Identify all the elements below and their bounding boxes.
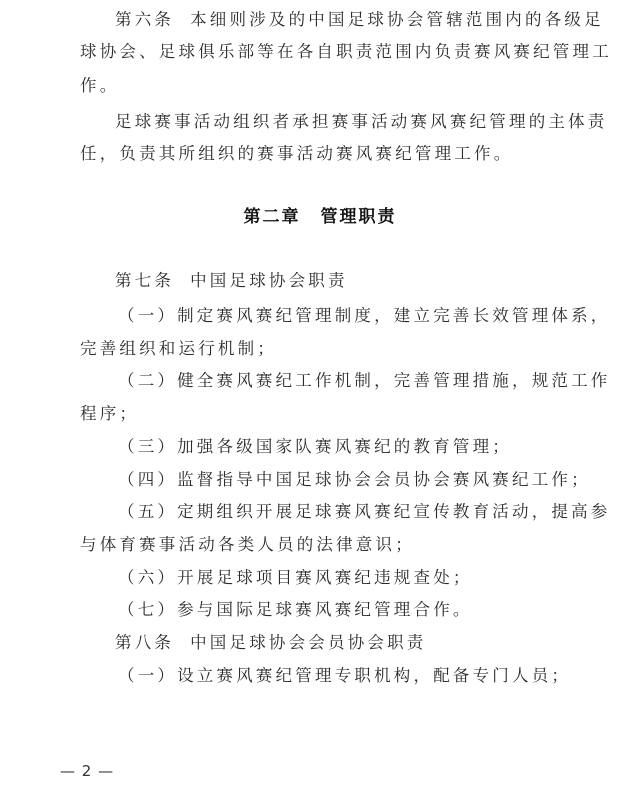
chapter-title: 管理职责 (321, 207, 397, 227)
article-6-line-3: 作。 (80, 76, 119, 96)
article-7-item-1-line-2: 完善组织和运行机制； (80, 339, 277, 359)
article-6-para2-line-2: 任，负责其所组织的赛事活动赛风赛纪管理工作。 (80, 144, 513, 164)
article-6-para2-line-1: 足球赛事活动组织者承担赛事活动赛风赛纪管理的主体责 (115, 112, 608, 132)
article-6-line-1: 第六条本细则涉及的中国足球协会管辖范围内的各级足 (115, 10, 604, 30)
article-7-item-7: （七）参与国际足球赛风赛纪管理合作。 (118, 600, 473, 620)
article-7-heading: 第七条中国足球协会职责 (115, 271, 348, 291)
article-7-item-1-line-1: （一）制定赛风赛纪管理制度，建立完善长效管理体系， (118, 306, 611, 326)
article-7-item-5-line-1: （五）定期组织开展足球赛风赛纪宣传教育活动，提高参 (118, 502, 611, 522)
article-6-line-2: 球协会、足球俱乐部等在各自职责范围内负责赛风赛纪管理工 (80, 42, 612, 62)
article-7-item-3: （三）加强各级国家队赛风赛纪的教育管理； (118, 437, 512, 457)
article-8-label: 第八条 (115, 633, 174, 652)
article-7-item-5-line-2: 与体育赛事活动各类人员的法律意识； (80, 535, 415, 555)
article-8-title: 中国足球协会会员协会职责 (190, 633, 426, 652)
article-6-text-1: 本细则涉及的中国足球协会管辖范围内的各级足 (190, 10, 604, 29)
article-7-item-4: （四）监督指导中国足球协会会员协会赛风赛纪工作； (118, 470, 591, 490)
article-6-label: 第六条 (115, 10, 174, 29)
chapter-heading: 第二章管理职责 (0, 206, 640, 228)
article-7-label: 第七条 (115, 271, 174, 290)
chapter-number: 第二章 (244, 207, 301, 227)
article-7-title: 中国足球协会职责 (190, 271, 348, 290)
article-7-item-2-line-1: （二）健全赛风赛纪工作机制，完善管理措施，规范工作 (118, 371, 611, 391)
article-7-item-6: （六）开展足球项目赛风赛纪违规查处； (118, 568, 473, 588)
page-number: — 2 — (60, 762, 114, 780)
article-8-item-1: （一）设立赛风赛纪管理专职机构，配备专门人员； (118, 666, 571, 686)
article-8-heading: 第八条中国足球协会会员协会职责 (115, 633, 427, 653)
article-7-item-2-line-2: 程序； (80, 404, 139, 424)
